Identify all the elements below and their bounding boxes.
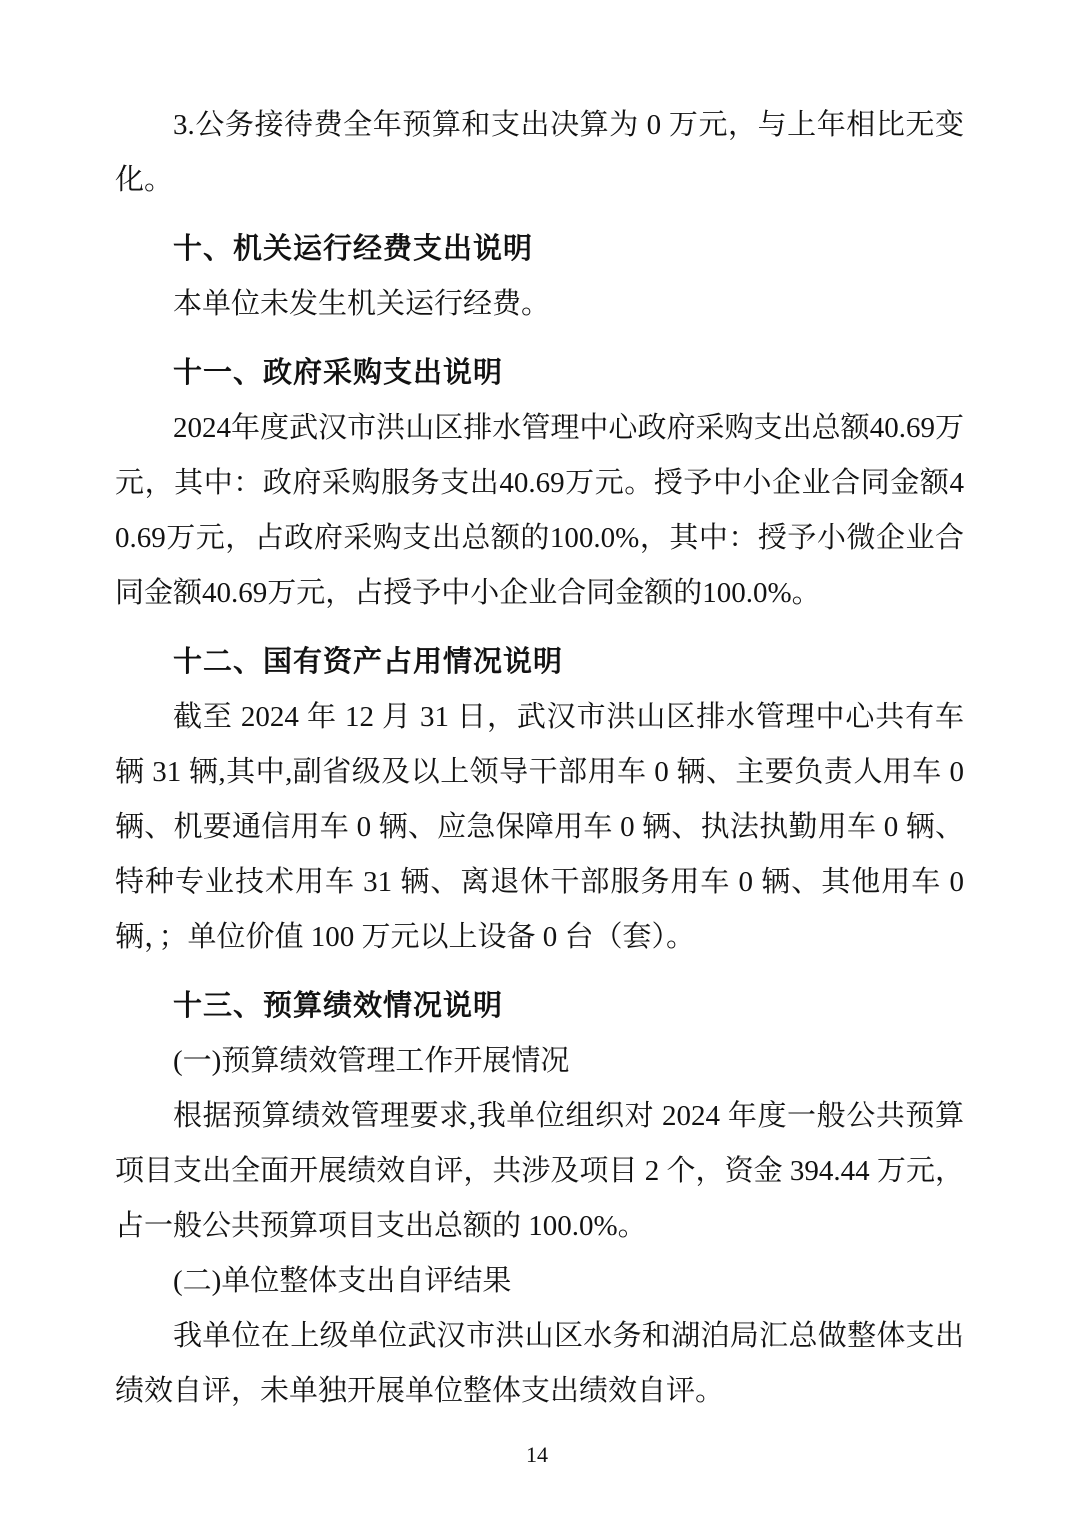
body-government-procurement: 2024年度武汉市洪山区排水管理中心政府采购支出总额40.69万元，其中：政府采… (115, 401, 964, 621)
document-body: 3.公务接待费全年预算和支出决算为 0 万元，与上年相比无变化。 十、机关运行经… (115, 98, 964, 1419)
document-page: 3.公务接待费全年预算和支出决算为 0 万元，与上年相比无变化。 十、机关运行经… (0, 0, 1074, 1520)
para-reception-expense: 3.公务接待费全年预算和支出决算为 0 万元，与上年相比无变化。 (115, 98, 964, 208)
body-agency-operating-expense: 本单位未发生机关运行经费。 (115, 277, 964, 332)
section-heading-agency-operating-expense: 十、机关运行经费支出说明 (115, 222, 964, 277)
section-heading-state-assets: 十二、国有资产占用情况说明 (115, 635, 964, 690)
subheading-overall-expenditure-result: (二)单位整体支出自评结果 (115, 1254, 964, 1309)
subheading-performance-management: (一)预算绩效管理工作开展情况 (115, 1034, 964, 1089)
section-heading-budget-performance: 十三、预算绩效情况说明 (115, 979, 964, 1034)
section-heading-government-procurement: 十一、政府采购支出说明 (115, 346, 964, 401)
body-performance-self-evaluation: 根据预算绩效管理要求,我单位组织对 2024 年度一般公共预算项目支出全面开展绩… (115, 1089, 964, 1254)
body-state-assets: 截至 2024 年 12 月 31 日，武汉市洪山区排水管理中心共有车辆 31 … (115, 690, 964, 965)
body-overall-expenditure-result: 我单位在上级单位武汉市洪山区水务和湖泊局汇总做整体支出绩效自评，未单独开展单位整… (115, 1309, 964, 1419)
page-number: 14 (0, 1440, 1074, 1470)
